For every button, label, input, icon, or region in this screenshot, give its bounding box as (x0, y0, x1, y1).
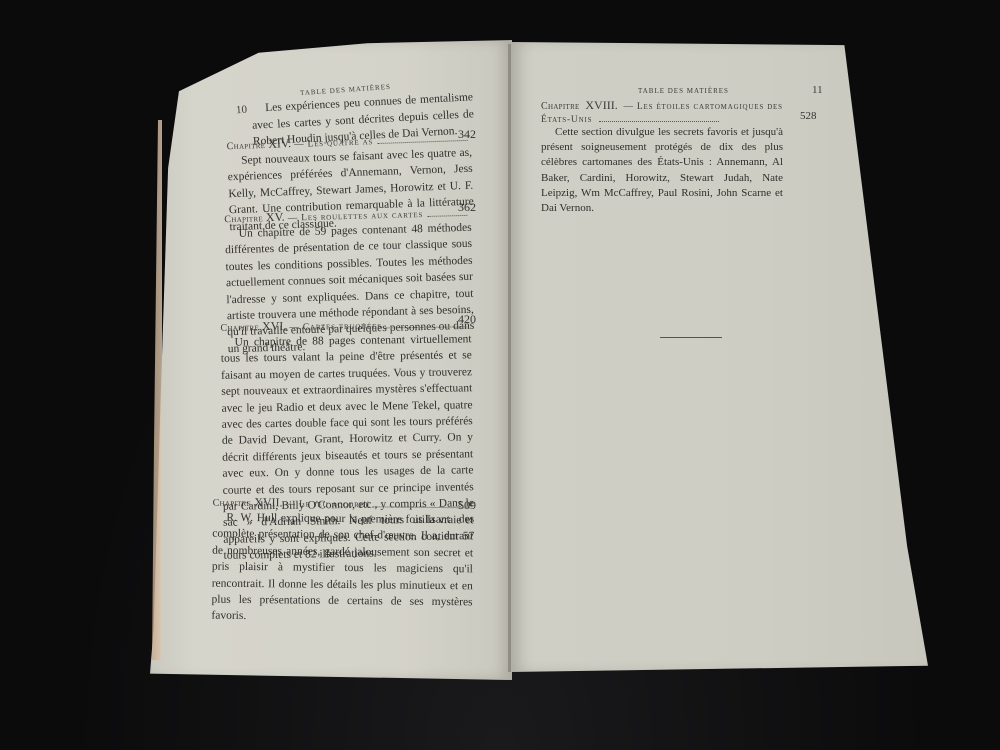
chapter-heading: Chapitre XVIII. — Les étoiles cartomagiq… (541, 98, 783, 125)
page-number-528: 528 (800, 110, 817, 122)
dot-leaders (599, 121, 719, 122)
chapter-description: R. W. Hull explique pour la première foi… (211, 510, 473, 628)
chapter-description: Cette section divulgue les secrets favor… (541, 125, 783, 216)
dot-leaders (427, 215, 467, 217)
left-page-content: TABLE DES MATIÈRES 10 Les expériences pe… (0, 0, 1000, 750)
page-number-509: 509 (458, 498, 476, 513)
toc-entry-chapter-xviii[interactable]: Chapitre XVIII. — Les étoiles cartomagiq… (541, 98, 783, 216)
dot-leaders (377, 140, 467, 144)
left-folio: 10 (236, 104, 248, 117)
right-folio: 11 (812, 84, 823, 96)
right-running-head: TABLE DES MATIÈRES (638, 87, 729, 95)
dot-leaders (375, 506, 470, 508)
dot-leaders (386, 326, 468, 328)
toc-entry-chapter-xvii[interactable]: Chapitre XVII. — Le jeu accordé R. W. Hu… (211, 495, 473, 628)
page-number-342: 342 (458, 127, 476, 142)
page-number-420: 420 (458, 312, 476, 327)
page-number-362: 362 (458, 200, 476, 215)
section-end-rule (660, 337, 722, 338)
